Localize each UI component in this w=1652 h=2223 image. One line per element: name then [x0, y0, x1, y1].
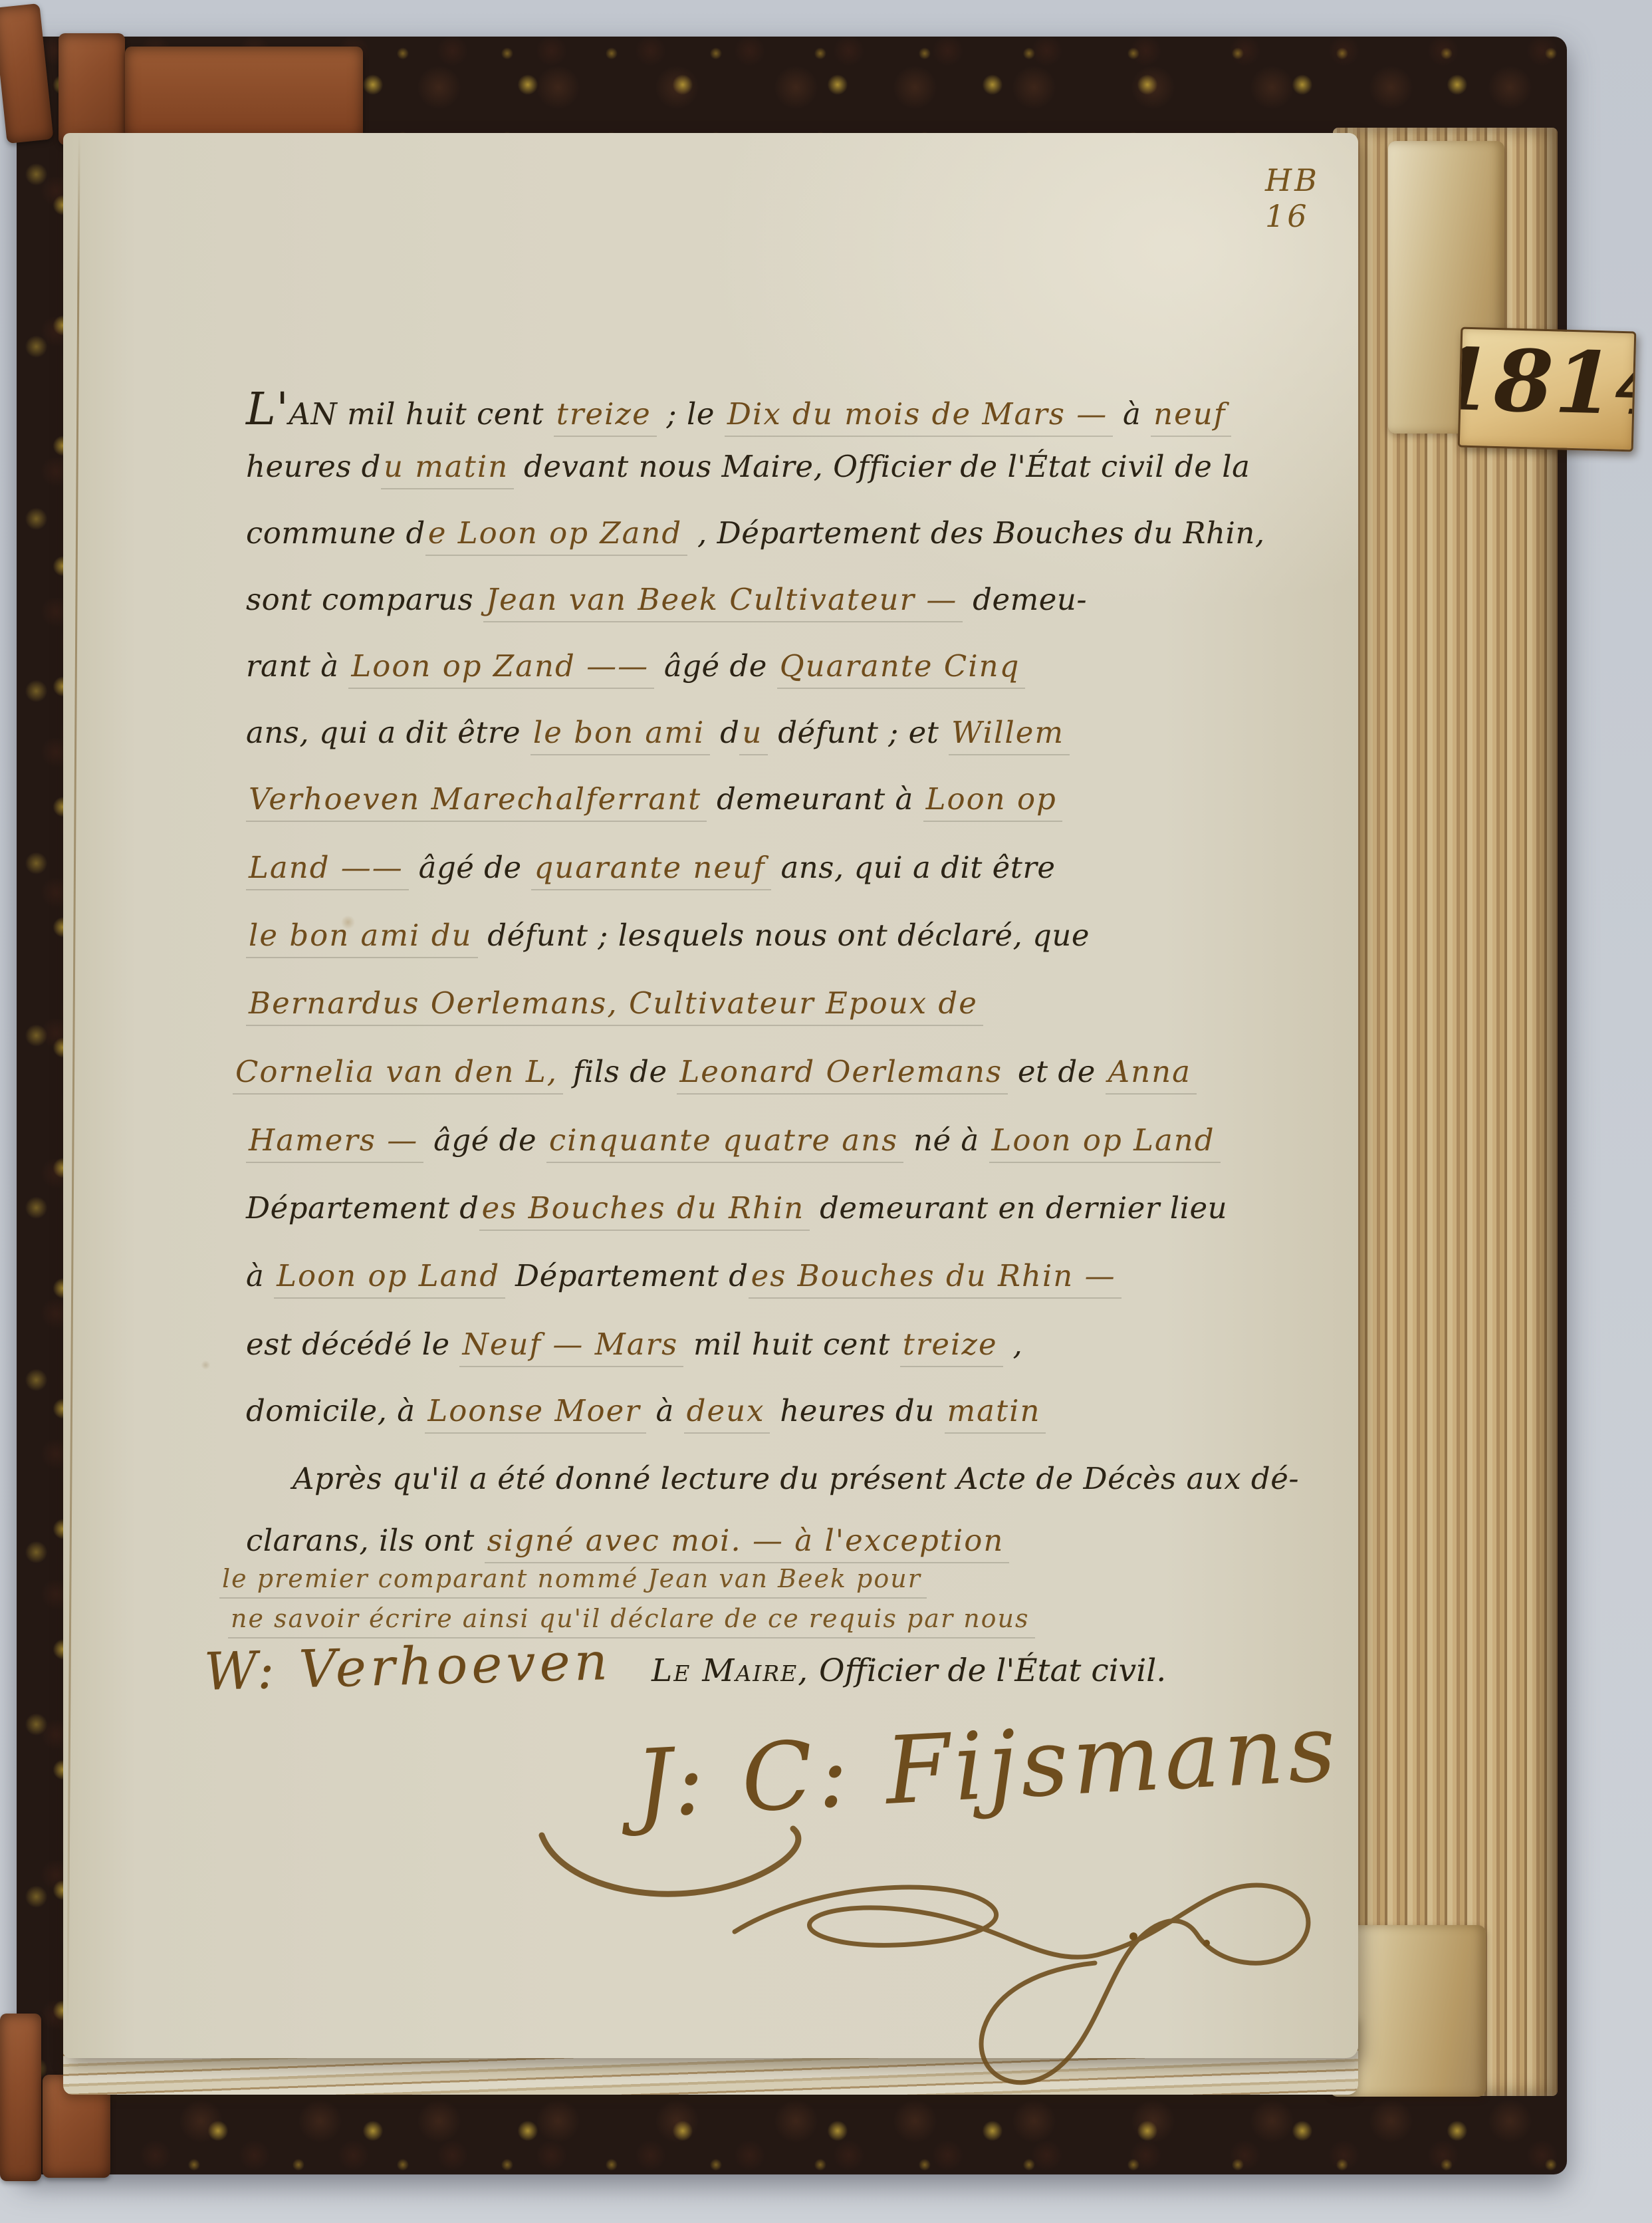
document-line: le premier comparant nommé Jean van Beek… [219, 1564, 927, 1593]
handwritten-text: Hamers — [246, 1122, 423, 1163]
document-line: est décédé le Neuf — Mars mil huit cent … [246, 1327, 1022, 1362]
leather-scrap-bottom-left [0, 2014, 41, 2181]
handwritten-text: e Loon op Zand [425, 515, 687, 556]
handwritten-text: u matin [381, 449, 514, 489]
handwritten-text: Loon op Land [274, 1258, 505, 1299]
printed-text: commune d [246, 515, 425, 551]
printed-text: défunt ; lesquels nous ont déclaré, que [478, 918, 1090, 953]
leather-spine-piece [59, 33, 125, 145]
printed-text: Département d [246, 1190, 479, 1226]
printed-text: heures du [770, 1393, 944, 1428]
printed-text: mil huit cent [683, 1327, 900, 1362]
handwritten-text: Willem [949, 715, 1070, 755]
handwritten-text: Jean van Beek Cultivateur — [483, 582, 963, 622]
document-line: sont comparus Jean van Beek Cultivateur … [246, 582, 1087, 617]
leather-top-band [125, 47, 363, 141]
document-line: heures du matin devant nous Maire, Offic… [246, 449, 1250, 484]
printed-text: âgé de [654, 648, 777, 684]
handwritten-text: Dix du mois de Mars — [725, 396, 1113, 437]
register-page: HB 16 L'AN mil huit cent treize ; le Dix… [63, 133, 1358, 2058]
handwritten-text: Loon op Land [989, 1122, 1221, 1163]
handwritten-text: treize [554, 396, 657, 437]
printed-text: à [646, 1393, 684, 1428]
document-line: Cornelia van den L, fils de Leonard Oerl… [233, 1054, 1197, 1089]
printed-text: , Département des Bouches du Rhin, [687, 515, 1264, 551]
leather-scrap-top-left [0, 3, 54, 144]
document-line: Hamers — âgé de cinquante quatre ans né … [246, 1122, 1221, 1158]
printed-text: défunt ; et [768, 715, 949, 750]
document-line: Bernardus Oerlemans, Cultivateur Epoux d… [246, 985, 983, 1021]
printed-text: , [1003, 1327, 1023, 1362]
witness-signature: W: Verhoeven [203, 1632, 612, 1702]
handwritten-text: deux [684, 1393, 770, 1434]
handwritten-text: neuf [1151, 396, 1231, 437]
handwritten-text: le bon ami du [246, 918, 478, 958]
handwritten-text: u [739, 715, 768, 755]
handwritten-text: Anna [1106, 1054, 1197, 1095]
document-line: commune de Loon op Zand , Département de… [246, 515, 1265, 551]
page-crease [66, 133, 80, 2035]
printed-text: fils de [563, 1054, 677, 1089]
handwritten-text: matin [945, 1393, 1046, 1434]
document-line: rant à Loon op Zand —— âgé de Quarante C… [246, 648, 1025, 684]
printed-text: demeurant à [707, 781, 923, 817]
document-line: clarans, ils ont signé avec moi. — à l'e… [246, 1523, 1009, 1558]
printed-text: domicile, à [246, 1393, 425, 1428]
handwritten-text: Land —— [246, 850, 409, 890]
document-line: Après qu'il a été donné lecture du prése… [293, 1461, 1299, 1496]
year-tab[interactable]: 1814. [1458, 327, 1637, 452]
handwritten-text: Bernardus Oerlemans, Cultivateur Epoux d… [246, 985, 983, 1026]
handwritten-text: ne savoir écrire ainsi qu'il déclare de … [228, 1604, 1035, 1638]
handwritten-text: Verhoeven Marechalferrant [246, 781, 707, 822]
printed-text: sont comparus [246, 582, 483, 617]
printed-text: demeurant en dernier lieu [810, 1190, 1227, 1226]
handwritten-text: signé avec moi. — à l'exception [485, 1523, 1010, 1563]
document-line: Land —— âgé de quarante neuf ans, qui a … [246, 850, 1056, 885]
handwritten-text: le bon ami [531, 715, 710, 755]
printed-text: né à [903, 1122, 989, 1158]
document-line: domicile, à Loonse Moer à deux heures du… [246, 1393, 1046, 1428]
handwritten-text: Leonard Oerlemans [677, 1054, 1008, 1095]
printed-text: à [1113, 396, 1151, 432]
handwritten-text: Quarante Cinq [777, 648, 1026, 689]
printed-text: ; le [657, 396, 725, 432]
photo-of-death-register: 1814. HB 16 L'AN mil huit cent treize ; … [0, 0, 1652, 2223]
year-tab-label: 1814. [1458, 330, 1637, 437]
printed-text: L'AN [246, 382, 337, 435]
printed-text: ans, qui a dit être [771, 850, 1056, 885]
handwritten-text: Loon op Zand —— [348, 648, 654, 689]
printed-text: Le Maire, [651, 1652, 809, 1689]
document-line: le bon ami du défunt ; lesquels nous ont… [246, 918, 1090, 953]
document-line: ne savoir écrire ainsi qu'il déclare de … [228, 1604, 1035, 1633]
printed-text: d [710, 715, 739, 750]
printed-text: Département d [505, 1258, 748, 1293]
printed-text: âgé de [423, 1122, 546, 1158]
document-line: Département des Bouches du Rhin demeuran… [246, 1190, 1227, 1226]
printed-text: âgé de [409, 850, 532, 885]
printed-text: est décédé le [246, 1327, 459, 1362]
document-line: ans, qui a dit être le bon ami du défunt… [246, 715, 1070, 750]
handwritten-text: treize [900, 1327, 1003, 1367]
handwritten-text: es Bouches du Rhin — [749, 1258, 1121, 1299]
document-line: Verhoeven Marechalferrant demeurant à Lo… [246, 781, 1062, 817]
handwritten-text: le premier comparant nommé Jean van Beek… [219, 1564, 927, 1599]
printed-text: mil huit cent [337, 396, 554, 432]
printed-text: Officier de l'État civil. [809, 1652, 1166, 1689]
handwritten-text: quarante neuf [531, 850, 770, 890]
official-title: Le Maire, Officier de l'État civil. [651, 1652, 1166, 1689]
document-line: L'AN mil huit cent treize ; le Dix du mo… [246, 382, 1231, 435]
printed-text: devant nous Maire, Officier de l'État ci… [514, 449, 1250, 484]
printed-text: demeu- [963, 582, 1087, 617]
page-reference-mark: HB 16 [1265, 162, 1358, 234]
handwritten-text: cinquante quatre ans [546, 1122, 903, 1163]
handwritten-text: Cornelia van den L, [233, 1054, 563, 1095]
handwritten-text: Loon op [923, 781, 1062, 822]
printed-text: ans, qui a dit être [246, 715, 531, 750]
printed-text: heures d [246, 449, 381, 484]
document-line: à Loon op Land Département des Bouches d… [246, 1258, 1121, 1293]
handwritten-text: Neuf — Mars [459, 1327, 683, 1367]
handwritten-text: es Bouches du Rhin [479, 1190, 810, 1231]
printed-text: clarans, ils ont [246, 1523, 485, 1558]
printed-text: rant à [246, 648, 348, 684]
printed-text: à [246, 1258, 274, 1293]
printed-text: et de [1008, 1054, 1106, 1089]
printed-text: Après qu'il a été donné lecture du prése… [293, 1461, 1299, 1496]
signature-flourish [515, 1762, 1393, 2188]
handwritten-text: Loonse Moer [425, 1393, 646, 1434]
